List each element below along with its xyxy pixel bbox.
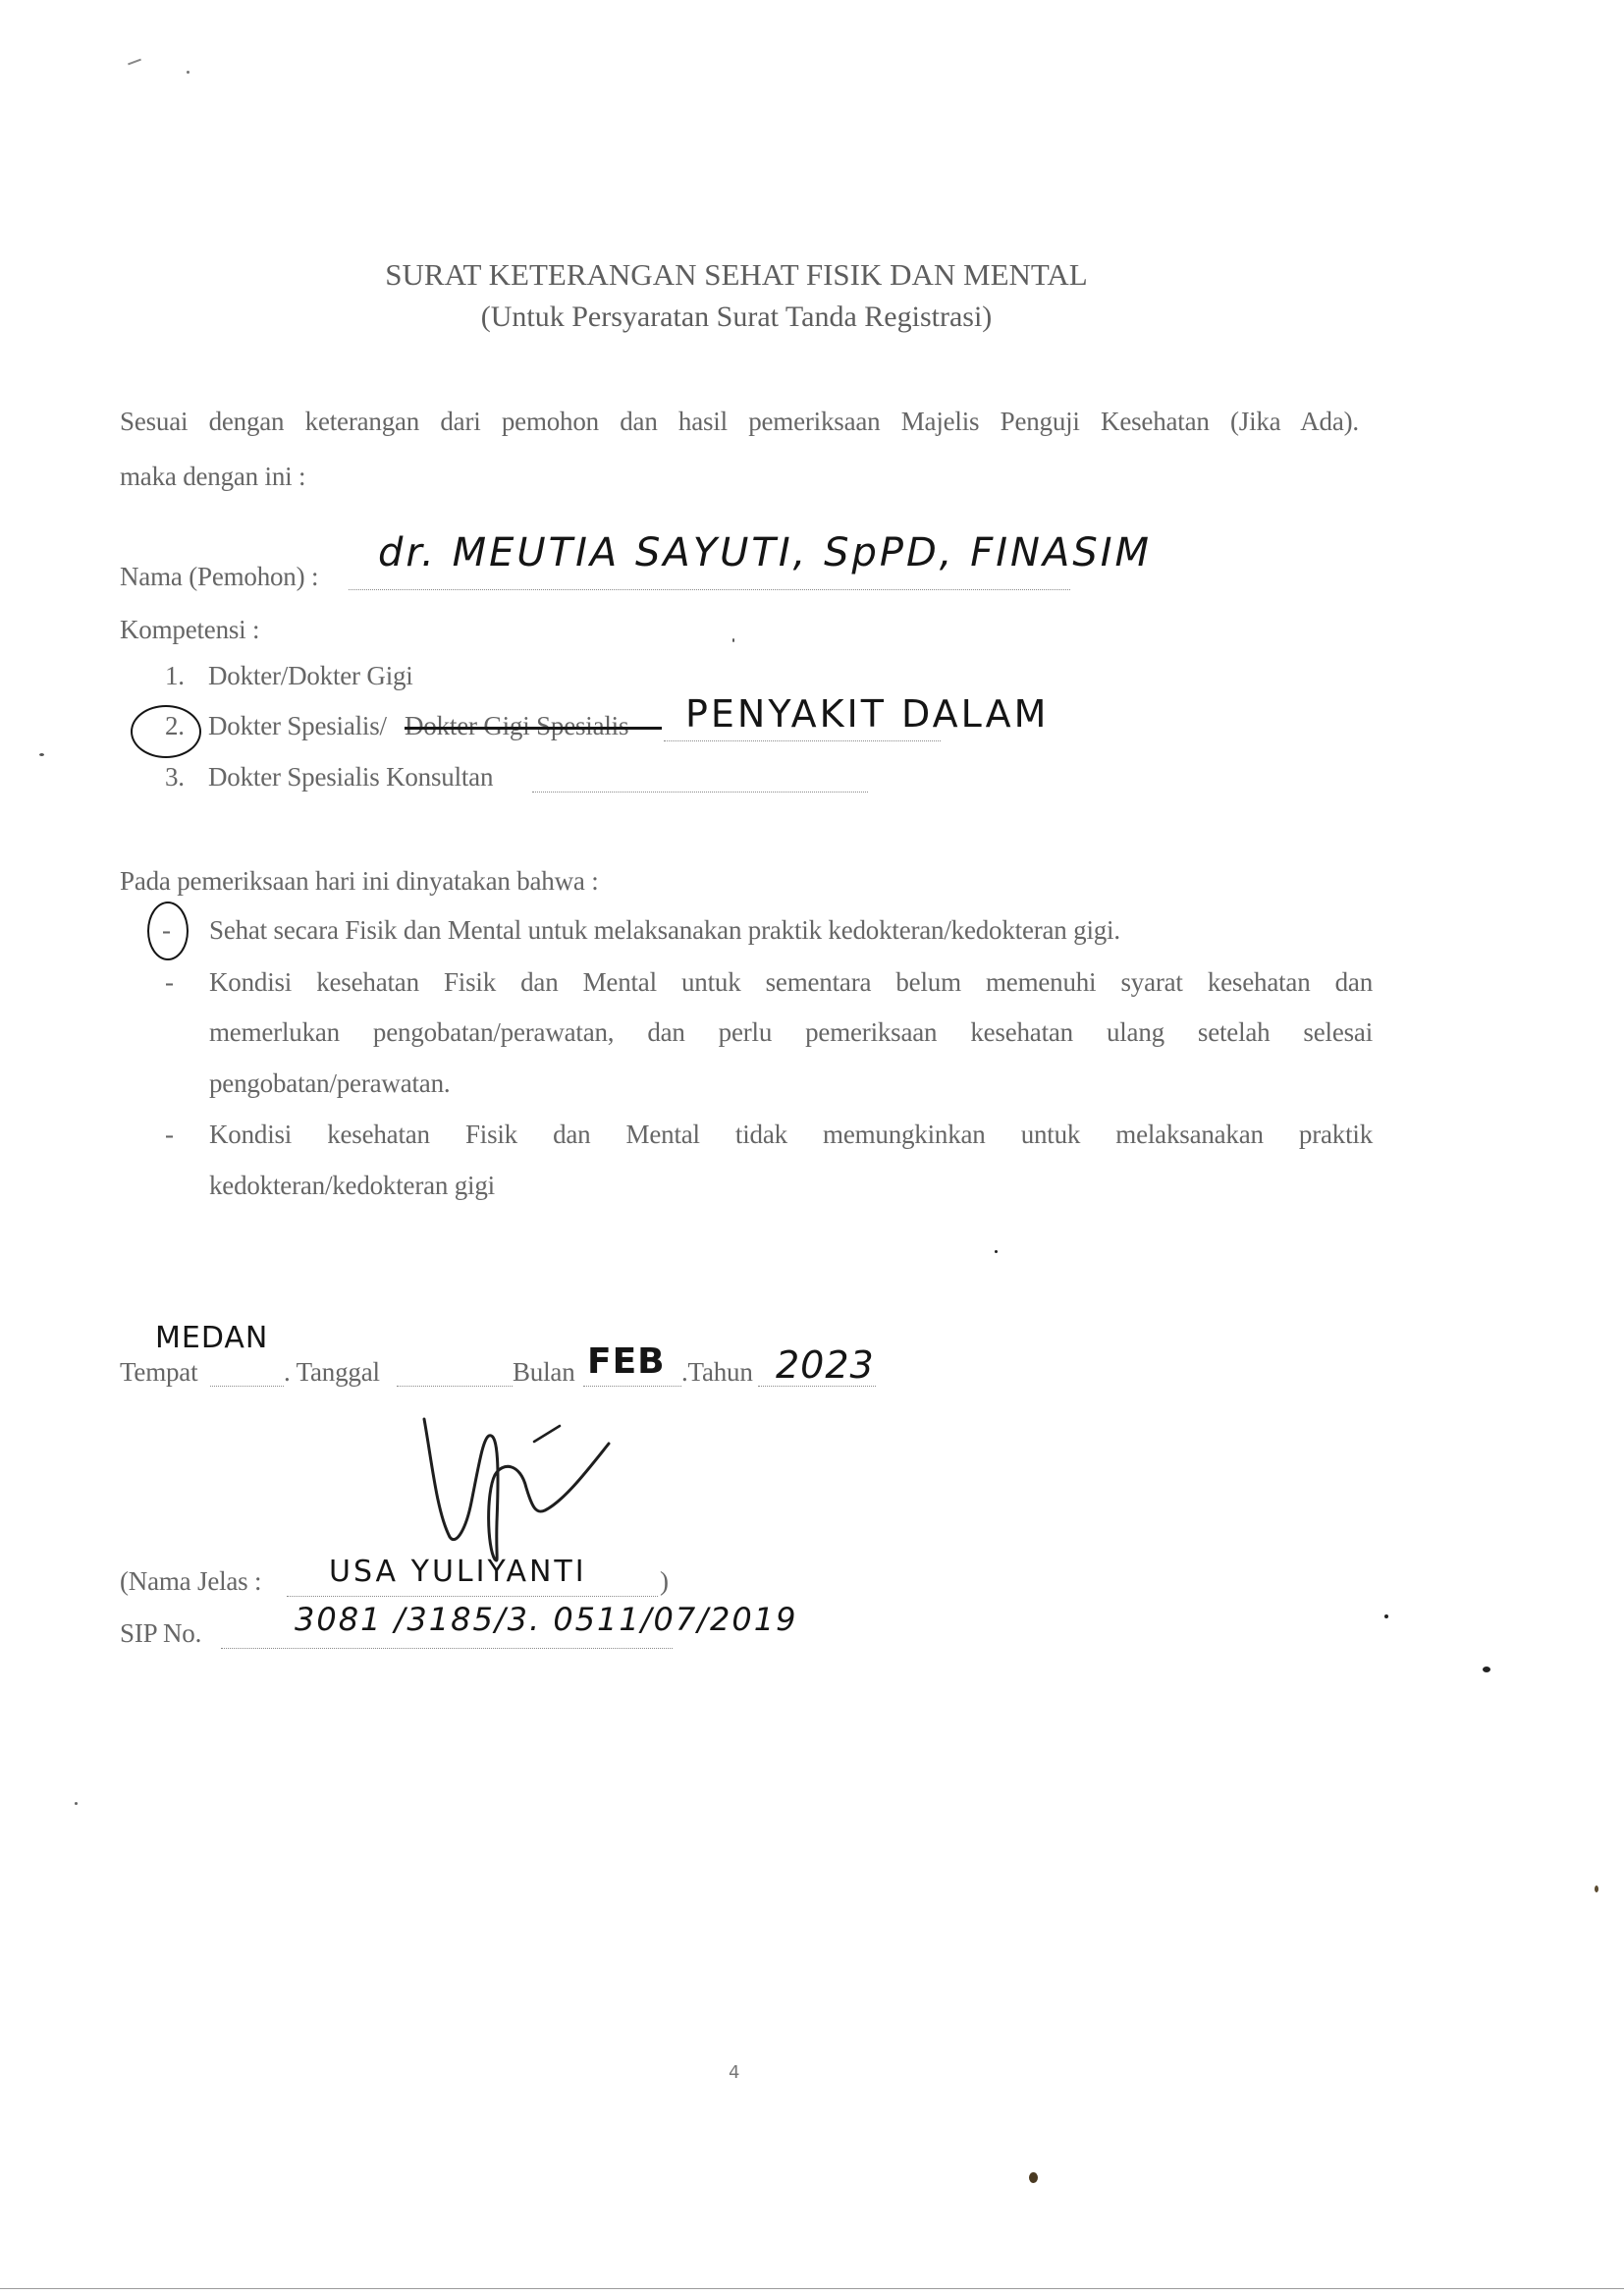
signatory-name-handwritten: USA YULIYANTI <box>329 1555 587 1589</box>
intro-text-line-2: maka dengan ini : <box>120 462 305 492</box>
signatory-name-close: ) <box>660 1566 669 1597</box>
competence-item-1: Dokter/Dokter Gigi <box>208 661 413 691</box>
competence-item-3: Dokter Spesialis Konsultan <box>208 762 493 793</box>
scan-speck <box>995 1250 998 1253</box>
scan-speck <box>1483 1667 1490 1672</box>
scan-speck <box>187 71 189 74</box>
applicant-underline <box>349 589 1070 590</box>
strikethrough-mark <box>405 727 662 730</box>
competence-item-2-number: 2. <box>165 711 185 741</box>
examination-item-1: Sehat secara Fisik dan Mental untuk mela… <box>209 915 1120 946</box>
examination-item-1-bullet: - <box>162 915 171 946</box>
examination-item-2-line-3: pengobatan/perawatan. <box>209 1068 450 1099</box>
date-label: . Tanggal <box>284 1357 380 1388</box>
sip-underline <box>221 1648 673 1649</box>
scan-speck <box>39 753 44 756</box>
signature-icon <box>373 1385 668 1581</box>
document-subtitle: (Untuk Persyaratan Surat Tanda Registras… <box>0 301 1473 334</box>
examination-item-2-line-2: memerlukan pengobatan/perawatan, dan per… <box>209 1017 1373 1048</box>
scan-speck <box>1029 2172 1038 2183</box>
examination-label: Pada pemeriksaan hari ini dinyatakan bah… <box>120 866 599 897</box>
examination-item-3-bullet: - <box>165 1120 174 1150</box>
scan-speck <box>75 1802 78 1805</box>
scan-speck <box>1384 1614 1388 1618</box>
applicant-name-handwritten: dr. MEUTIA SAYUTI, SpPD, FINASIM <box>378 530 1152 575</box>
signatory-name-underline <box>287 1596 658 1597</box>
competence-item-3-underline <box>532 792 868 793</box>
specialty-handwritten: PENYAKIT DALAM <box>685 692 1049 736</box>
examination-item-2-bullet: - <box>165 967 174 998</box>
applicant-label: Nama (Pemohon) : <box>120 562 318 592</box>
competence-item-2: Dokter Spesialis/ <box>208 711 387 741</box>
examination-item-2-line-1: Kondisi kesehatan Fisik dan Mental untuk… <box>209 967 1373 998</box>
month-handwritten: FEB <box>587 1341 666 1382</box>
competence-item-3-number: 3. <box>165 762 185 793</box>
page-number: 4 <box>729 2062 739 2083</box>
year-label: .Tahun <box>681 1357 753 1388</box>
scan-speck <box>732 638 734 642</box>
examination-item-3-line-1: Kondisi kesehatan Fisik dan Mental tidak… <box>209 1120 1373 1150</box>
sip-number-handwritten: 3081 /3185/3. 0511/07/2019 <box>295 1601 797 1638</box>
month-label: Bulan <box>513 1357 575 1388</box>
scan-edge-line <box>0 2288 1624 2289</box>
intro-text-line-1: Sesuai dengan keterangan dari pemohon da… <box>120 407 1359 437</box>
place-underline <box>210 1386 284 1387</box>
sip-label: SIP No. <box>120 1618 201 1649</box>
scan-speck <box>128 59 141 66</box>
competence-label: Kompetensi : <box>120 615 259 645</box>
scan-speck <box>1595 1886 1598 1892</box>
signatory-name-label: (Nama Jelas : <box>120 1566 261 1597</box>
place-handwritten: MEDAN <box>155 1321 268 1355</box>
document-title: SURAT KETERANGAN SEHAT FISIK DAN MENTAL <box>0 257 1473 293</box>
place-label: Tempat <box>120 1357 197 1388</box>
examination-item-3-line-2: kedokteran/kedokteran gigi <box>209 1171 495 1201</box>
competence-item-2-underline <box>664 740 941 741</box>
competence-item-1-number: 1. <box>165 661 185 691</box>
year-handwritten: 2023 <box>776 1343 875 1387</box>
